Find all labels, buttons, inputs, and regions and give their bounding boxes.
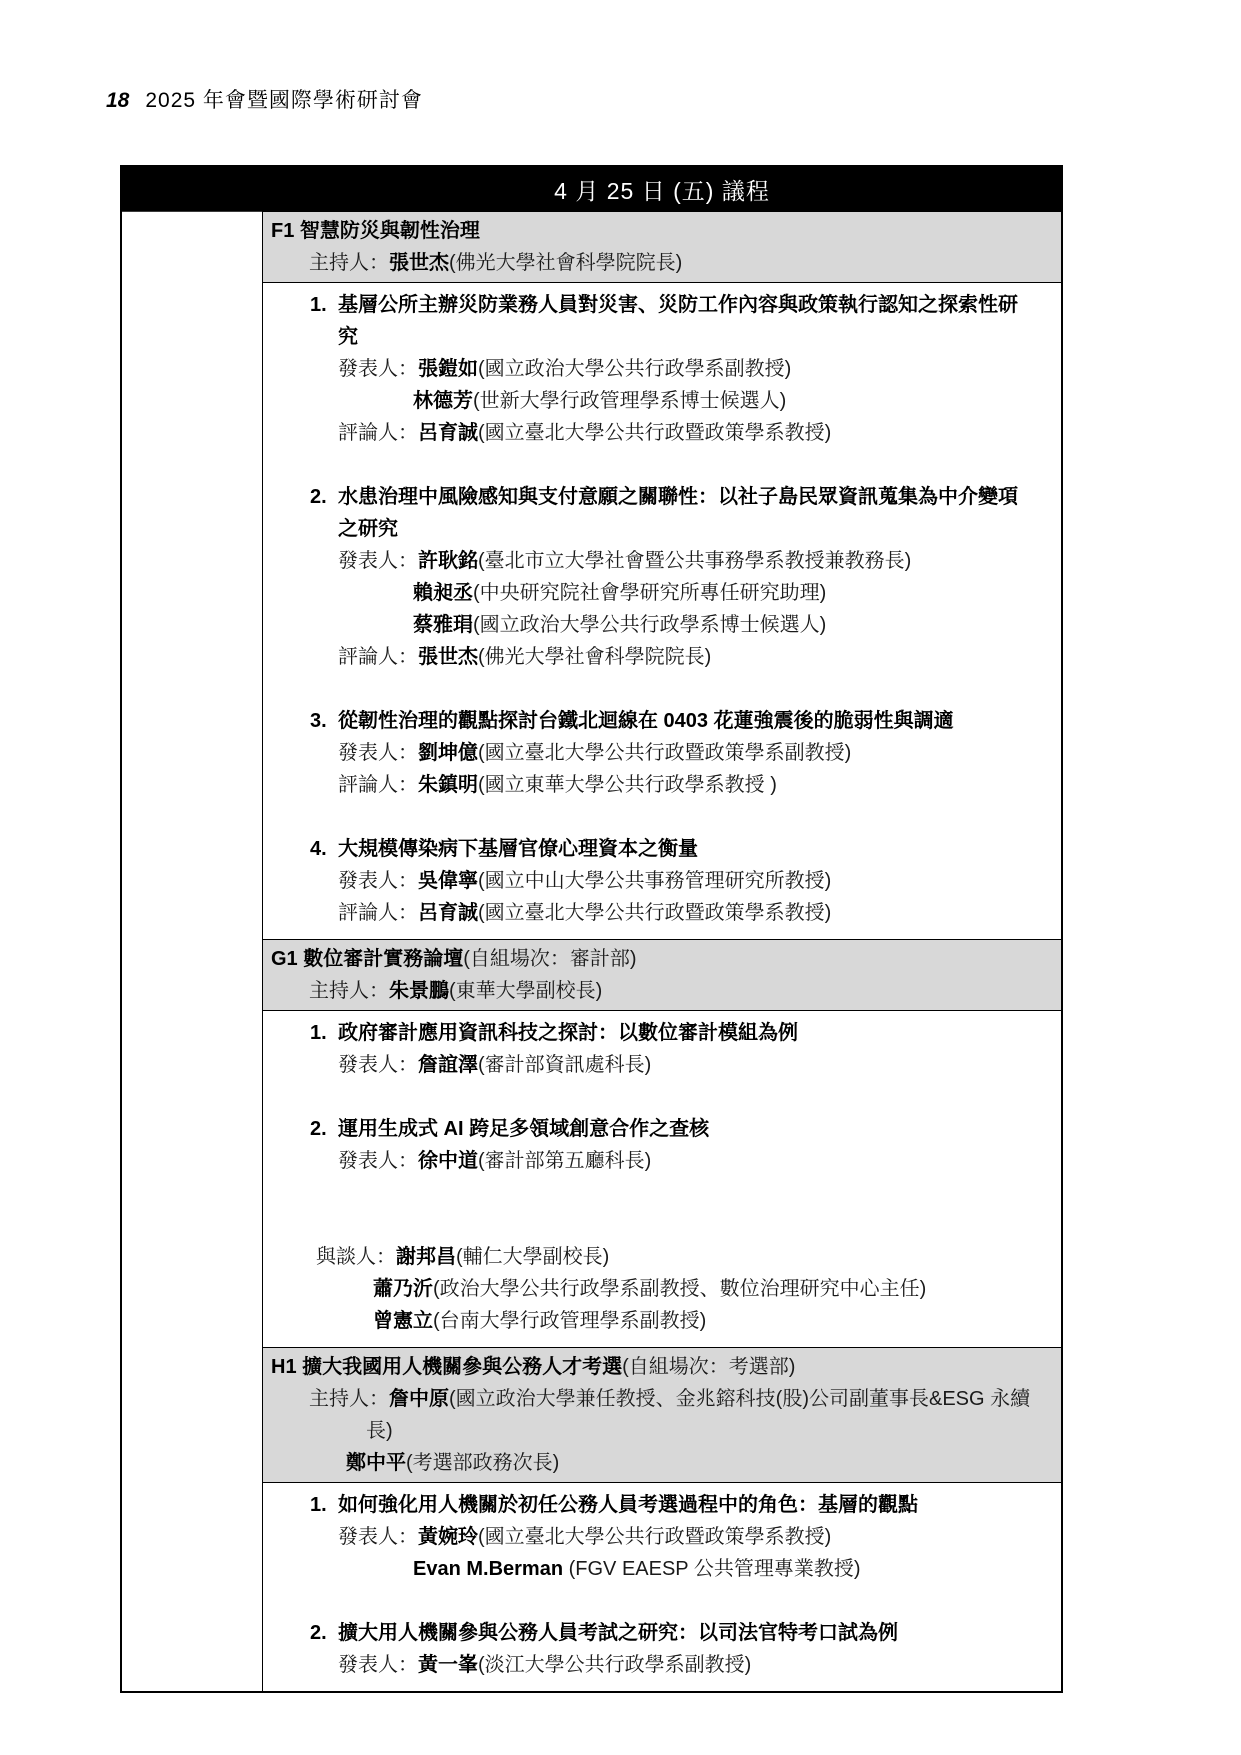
session-code-title-row: G1 數位審計實務論壇(自組場次：審計部)	[263, 943, 1061, 975]
commentator-row: 評論人：朱鎮明(國立東華大學公共行政學系教授 )	[263, 769, 1061, 801]
paper-title-continuation-row: 究	[263, 321, 1061, 353]
discussant-continuation-row: 蕭乃沂(政治大學公共行政學系副教授、數位治理研究中心主任)	[263, 1273, 1061, 1305]
plain-text: 發表人：	[338, 1150, 418, 1172]
emphasized-text: 究	[338, 326, 358, 348]
plain-text: (東華大學副校長)	[449, 980, 602, 1002]
plain-text: 評論人：	[338, 774, 418, 796]
plain-text: (淡江大學公共行政學系副教授)	[478, 1654, 751, 1676]
paper-title-row: 1.基層公所主辦災防業務人員對災害、災防工作內容與政策執行認知之探索性研	[263, 289, 1061, 321]
plain-text: 發表人：	[338, 1526, 418, 1548]
emphasized-text: 林德芳	[413, 390, 473, 412]
session-chair-row: 主持人：詹中原(國立政治大學兼任教授、金兆鎔科技(股)公司副董事長&ESG 永續	[263, 1383, 1061, 1415]
plain-text: 主持人：	[309, 1388, 389, 1410]
plain-text: (臺北市立大學社會暨公共事務學系教授兼教務長)	[478, 550, 911, 572]
paper-title-row: 2.擴大用人機關參與公務人員考試之研究：以司法官特考口試為例	[263, 1617, 1061, 1649]
paper-title-row: 2.水患治理中風險感知與支付意願之關聯性：以社子島民眾資訊蒐集為中介變項	[263, 481, 1061, 513]
plain-text: (自組場次：審計部)	[463, 948, 636, 970]
table-main-column: 4 月 25 日 (五) 議程 F1 智慧防災與韌性治理主持人：張世杰(佛光大學…	[263, 167, 1061, 1691]
emphasized-text: 張世杰	[389, 252, 449, 274]
presenter-continuation-row: 林德芳(世新大學行政管理學系博士候選人)	[263, 385, 1061, 417]
section-header-h1: H1 擴大我國用人機關參與公務人才考選(自組場次：考選部)主持人：詹中原(國立政…	[263, 1347, 1061, 1483]
plain-text: (國立東華大學公共行政學系教授 )	[478, 774, 777, 796]
emphasized-text: 黃婉玲	[418, 1526, 478, 1548]
presenter-continuation-row: 蔡雅琄(國立政治大學公共行政學系博士候選人)	[263, 609, 1061, 641]
page-number: 18	[106, 89, 129, 113]
paper-title-row: 1.政府審計應用資訊科技之探討：以數位審計模組為例	[263, 1017, 1061, 1049]
commentator-row: 評論人：張世杰(佛光大學社會科學院院長)	[263, 641, 1061, 673]
session-chair-continuation-row: 長)	[263, 1415, 1061, 1447]
plain-text: 長)	[366, 1420, 393, 1442]
plain-text: (輔仁大學副校長)	[456, 1246, 609, 1268]
emphasized-text: 黃一峯	[418, 1654, 478, 1676]
emphasized-text: 擴大用人機關參與公務人員考試之研究：以司法官特考口試為例	[338, 1622, 898, 1644]
presenter-continuation-row: Evan M.Berman (FGV EAESP 公共管理專業教授)	[263, 1553, 1061, 1585]
plain-text: (國立政治大學公共行政學系副教授)	[478, 358, 791, 380]
discussant-row: 與談人：謝邦昌(輔仁大學副校長)	[263, 1241, 1061, 1273]
plain-text: (國立政治大學公共行政學系博士候選人)	[473, 614, 826, 636]
session-chair-row: 主持人：朱景鵬(東華大學副校長)	[263, 975, 1061, 1007]
plain-text: (自組場次：考選部)	[622, 1356, 795, 1378]
plain-text: 評論人：	[338, 646, 418, 668]
paper-title-continuation-row: 之研究	[263, 513, 1061, 545]
plain-text: 發表人：	[338, 1654, 418, 1676]
presenter-row: 發表人：張鎧如(國立政治大學公共行政學系副教授)	[263, 353, 1061, 385]
emphasized-text: 詹中原	[389, 1388, 449, 1410]
presenter-continuation-row: 賴昶丞(中央研究院社會學研究所專任研究助理)	[263, 577, 1061, 609]
plain-text: 主持人：	[309, 252, 389, 274]
section-body-h1: 1.如何強化用人機關於初任公務人員考選過程中的角色：基層的觀點發表人：黃婉玲(國…	[263, 1483, 1061, 1691]
emphasized-text: 水患治理中風險感知與支付意願之關聯性：以社子島民眾資訊蒐集為中介變項	[338, 486, 1018, 508]
emphasized-text: 大規模傳染病下基層官僚心理資本之衡量	[338, 838, 698, 860]
emphasized-text: 曾憲立	[373, 1310, 433, 1332]
emphasized-text: 蕭乃沂	[373, 1278, 433, 1300]
presenter-row: 發表人：黃一峯(淡江大學公共行政學系副教授)	[263, 1649, 1061, 1681]
emphasized-text: 蔡雅琄	[413, 614, 473, 636]
plain-text: (政治大學公共行政學系副教授、數位治理研究中心主任)	[433, 1278, 926, 1300]
presenter-row: 發表人：吳偉寧(國立中山大學公共事務管理研究所教授)	[263, 865, 1061, 897]
item-number: 4.	[310, 833, 338, 865]
plain-text: 主持人：	[309, 980, 389, 1002]
plain-text: 評論人：	[338, 422, 418, 444]
session-chair-continuation-row: 鄭中平(考選部政務次長)	[263, 1447, 1061, 1479]
emphasized-text: 呂育誠	[418, 422, 478, 444]
presenter-row: 發表人：劉坤億(國立臺北大學公共行政暨政策學系副教授)	[263, 737, 1061, 769]
emphasized-text: H1 擴大我國用人機關參與公務人才考選	[271, 1356, 622, 1378]
item-number: 3.	[310, 705, 338, 737]
document-title: 2025 年會暨國際學術研討會	[145, 84, 423, 114]
plain-text: (國立臺北大學公共行政暨政策學系副教授)	[478, 742, 851, 764]
program-table: 4 月 25 日 (五) 議程 F1 智慧防災與韌性治理主持人：張世杰(佛光大學…	[120, 165, 1063, 1693]
plain-text: 發表人：	[338, 870, 418, 892]
section-header-f1: F1 智慧防災與韌性治理主持人：張世杰(佛光大學社會科學院院長)	[263, 211, 1061, 283]
emphasized-text: 之研究	[338, 518, 398, 540]
presenter-row: 發表人：許耿銘(臺北市立大學社會暨公共事務學系教授兼教務長)	[263, 545, 1061, 577]
emphasized-text: 吳偉寧	[418, 870, 478, 892]
table-left-empty-cell	[122, 212, 262, 1691]
item-number: 2.	[310, 481, 338, 513]
section-header-g1: G1 數位審計實務論壇(自組場次：審計部)主持人：朱景鵬(東華大學副校長)	[263, 939, 1061, 1011]
table-header-left-cell	[122, 167, 262, 212]
page: { "page_header": { "page_number": "18", …	[0, 0, 1241, 1755]
plain-text: (國立臺北大學公共行政暨政策學系教授)	[478, 1526, 831, 1548]
emphasized-text: 如何強化用人機關於初任公務人員考選過程中的角色：基層的觀點	[338, 1494, 918, 1516]
plain-text: 發表人：	[338, 550, 418, 572]
session-chair-row: 主持人：張世杰(佛光大學社會科學院院長)	[263, 247, 1061, 279]
plain-text: (國立政治大學兼任教授、金兆鎔科技(股)公司副董事長&ESG 永續	[449, 1388, 1030, 1410]
discussant-continuation-row: 曾憲立(台南大學行政管理學系副教授)	[263, 1305, 1061, 1337]
paper-title-row: 3.從韌性治理的觀點探討台鐵北迴線在 0403 花蓮強震後的脆弱性與調適	[263, 705, 1061, 737]
paper-title-row: 4.大規模傳染病下基層官僚心理資本之衡量	[263, 833, 1061, 865]
plain-text: 發表人：	[338, 1054, 418, 1076]
emphasized-text: 鄭中平	[346, 1452, 406, 1474]
emphasized-text: 朱景鵬	[389, 980, 449, 1002]
item-number: 1.	[310, 1017, 338, 1049]
commentator-row: 評論人：呂育誠(國立臺北大學公共行政暨政策學系教授)	[263, 897, 1061, 929]
commentator-row: 評論人：呂育誠(國立臺北大學公共行政暨政策學系教授)	[263, 417, 1061, 449]
plain-text: (中央研究院社會學研究所專任研究助理)	[473, 582, 826, 604]
plain-text: 發表人：	[338, 358, 418, 380]
item-number: 1.	[310, 1489, 338, 1521]
emphasized-text: 運用生成式 AI 跨足多領域創意合作之查核	[338, 1118, 709, 1140]
emphasized-text: 基層公所主辦災防業務人員對災害、災防工作內容與政策執行認知之探索性研	[338, 294, 1018, 316]
section-body-f1: 1.基層公所主辦災防業務人員對災害、災防工作內容與政策執行認知之探索性研究發表人…	[263, 283, 1061, 939]
emphasized-text: 張世杰	[418, 646, 478, 668]
plain-text: (審計部第五廳科長)	[478, 1150, 651, 1172]
session-code-title-row: H1 擴大我國用人機關參與公務人才考選(自組場次：考選部)	[263, 1351, 1061, 1383]
item-number: 1.	[310, 289, 338, 321]
emphasized-text: 從韌性治理的觀點探討台鐵北迴線在 0403 花蓮強震後的脆弱性與調適	[338, 710, 954, 732]
emphasized-text: 賴昶丞	[413, 582, 473, 604]
emphasized-text: 謝邦昌	[396, 1246, 456, 1268]
plain-text: 評論人：	[338, 902, 418, 924]
schedule-body: F1 智慧防災與韌性治理主持人：張世杰(佛光大學社會科學院院長)1.基層公所主辦…	[263, 211, 1061, 1691]
plain-text: (世新大學行政管理學系博士候選人)	[473, 390, 786, 412]
emphasized-text: 政府審計應用資訊科技之探討：以數位審計模組為例	[338, 1022, 798, 1044]
plain-text: (國立臺北大學公共行政暨政策學系教授)	[478, 422, 831, 444]
emphasized-text: 劉坤億	[418, 742, 478, 764]
presenter-row: 發表人：詹誼澤(審計部資訊處科長)	[263, 1049, 1061, 1081]
plain-text: (審計部資訊處科長)	[478, 1054, 651, 1076]
emphasized-text: G1 數位審計實務論壇	[271, 948, 463, 970]
plain-text: (考選部政務次長)	[406, 1452, 559, 1474]
emphasized-text: Evan M.Berman	[413, 1558, 569, 1580]
item-number: 2.	[310, 1113, 338, 1145]
table-header-date-cell: 4 月 25 日 (五) 議程	[263, 167, 1061, 211]
paper-title-row: 1.如何強化用人機關於初任公務人員考選過程中的角色：基層的觀點	[263, 1489, 1061, 1521]
plain-text: (佛光大學社會科學院院長)	[478, 646, 711, 668]
emphasized-text: 朱鎮明	[418, 774, 478, 796]
plain-text: (國立中山大學公共事務管理研究所教授)	[478, 870, 831, 892]
item-number: 2.	[310, 1617, 338, 1649]
presenter-row: 發表人：徐中道(審計部第五廳科長)	[263, 1145, 1061, 1177]
emphasized-text: 詹誼澤	[418, 1054, 478, 1076]
emphasized-text: 張鎧如	[418, 358, 478, 380]
presenter-row: 發表人：黃婉玲(國立臺北大學公共行政暨政策學系教授)	[263, 1521, 1061, 1553]
emphasized-text: F1 智慧防災與韌性治理	[271, 220, 480, 242]
plain-text: (台南大學行政管理學系副教授)	[433, 1310, 706, 1332]
section-body-g1: 1.政府審計應用資訊科技之探討：以數位審計模組為例發表人：詹誼澤(審計部資訊處科…	[263, 1011, 1061, 1347]
plain-text: 發表人：	[338, 742, 418, 764]
plain-text: 與談人：	[316, 1246, 396, 1268]
emphasized-text: 徐中道	[418, 1150, 478, 1172]
session-code-title-row: F1 智慧防災與韌性治理	[263, 215, 1061, 247]
emphasized-text: 呂育誠	[418, 902, 478, 924]
paper-title-row: 2.運用生成式 AI 跨足多領域創意合作之查核	[263, 1113, 1061, 1145]
plain-text: (FGV EAESP 公共管理專業教授)	[569, 1558, 861, 1580]
emphasized-text: 許耿銘	[418, 550, 478, 572]
table-left-column	[122, 167, 263, 1691]
plain-text: (佛光大學社會科學院院長)	[449, 252, 682, 274]
page-header: 18 2025 年會暨國際學術研討會	[106, 84, 423, 114]
plain-text: (國立臺北大學公共行政暨政策學系教授)	[478, 902, 831, 924]
